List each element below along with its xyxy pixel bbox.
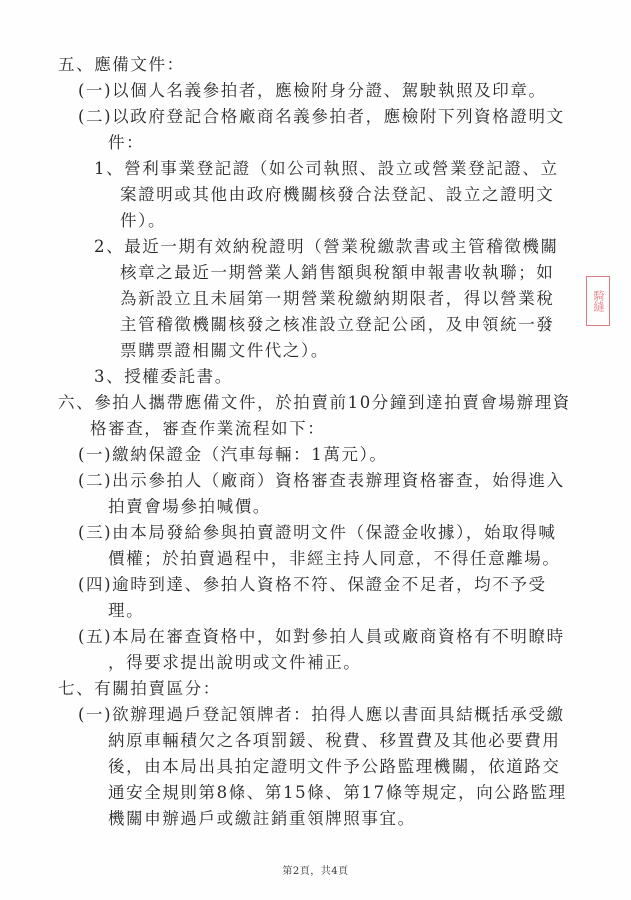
text-line: (二)以政府登記合格廠商名義參拍者，應檢附下列資格證明文 xyxy=(78,107,565,127)
text-line: 件： xyxy=(108,133,144,153)
text-line: 1、營利事業登記證（如公司執照、設立或營業登記證、立 xyxy=(94,159,559,179)
text-line: 核章之最近一期營業人銷售額與稅額申報書收執聯；如 xyxy=(120,263,554,283)
text-line: (一)欲辦理過戶登記領牌者：拍得人應以書面具結概括承受繳 xyxy=(78,705,565,725)
text-line: 票購票證相關文件代之）。 xyxy=(120,341,329,361)
text-line: ，得要求提出說明或文件補正。 xyxy=(108,653,361,673)
text-line: 件）。 xyxy=(120,211,166,231)
text-line: 機關申辦過戶或繳註銷重領牌照事宜。 xyxy=(108,809,416,829)
text-line: 案證明或其他由政府機關核發合法登記、設立之證明文 xyxy=(120,185,554,205)
text-line: (二)出示參拍人（廠商）資格審查表辦理資格審查，始得進入 xyxy=(78,471,565,491)
text-line: 理。 xyxy=(108,601,144,621)
text-line: 通安全規則第8條、第15條、第17條等規定，向公路監理 xyxy=(108,783,567,803)
text-line: 五、應備文件： xyxy=(58,55,185,75)
page-number-footer: 第2頁，共4頁 xyxy=(0,862,631,877)
text-line: (五)本局在審查資格中，如對參拍人員或廠商資格有不明瞭時 xyxy=(78,627,565,647)
text-line: 六、參拍人攜帶應備文件，於拍賣前10分鐘到達拍賣會場辦理資 xyxy=(58,393,571,413)
seal-stamp: 騎縫 xyxy=(586,276,610,326)
text-line: 納原車輛積欠之各項罰鍰、稅費、移置費及其他必要費用 xyxy=(108,731,561,751)
text-line: 拍賣會場參拍喊價。 xyxy=(108,497,271,517)
text-line: 3、授權委託書。 xyxy=(94,367,233,387)
text-line: (三)由本局發給參與拍賣證明文件（保證金收據），始取得喊 xyxy=(78,523,556,543)
text-line: (四)逾時到達、參拍人資格不符、保證金不足者，均不予受 xyxy=(78,575,547,595)
text-line: 為新設立且未屆第一期營業稅繳納期限者，得以營業稅 xyxy=(120,289,554,309)
text-line: 七、有關拍賣區分： xyxy=(58,679,221,699)
document-page: 五、應備文件：(一)以個人名義參拍者，應檢附身分證、駕駛執照及印章。(二)以政府… xyxy=(0,0,631,900)
text-line: 格審查，審查作業流程如下： xyxy=(90,419,325,439)
text-line: 價權；於拍賣過程中，非經主持人同意，不得任意離場。 xyxy=(108,549,561,569)
text-line: 2、最近一期有效納稅證明（營業稅繳款書或主管稽徵機關 xyxy=(94,237,559,257)
text-line: (一)繳納保證金（汽車每輛：1萬元）。 xyxy=(78,445,388,465)
text-line: 後，由本局出具拍定證明文件予公路監理機關，依道路交 xyxy=(108,757,561,777)
text-line: (一)以個人名義參拍者，應檢附身分證、駕駛執照及印章。 xyxy=(78,81,547,101)
text-line: 主管稽徵機關核發之核准設立登記公函，及申領統一發 xyxy=(120,315,554,335)
